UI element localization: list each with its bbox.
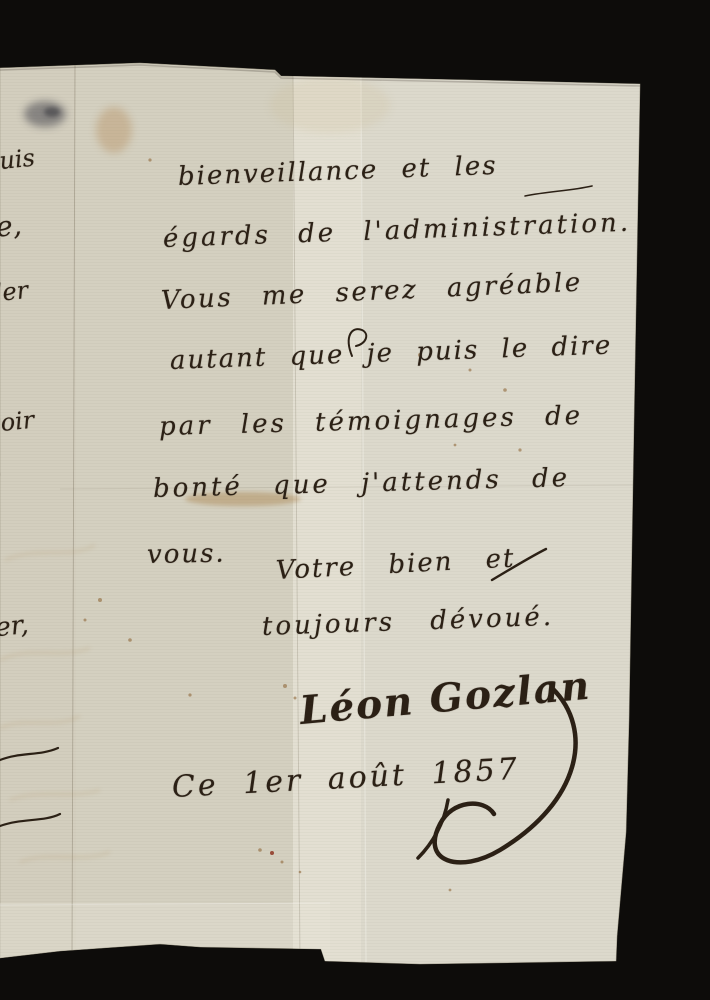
brown-stain-top [96, 107, 132, 153]
letter-paper [0, 0, 710, 1000]
handwritten-line: vous. [147, 539, 226, 570]
paper-texture [0, 50, 710, 980]
left-page-fragment: voir [0, 406, 35, 439]
red-speck [270, 851, 274, 855]
gray-smudge-core [44, 107, 60, 117]
photograph: bienveillance et les égards de l'adminis… [0, 0, 710, 1000]
left-page-fragment: le, [0, 208, 23, 244]
warm-patch-top [270, 77, 390, 133]
left-page-fragment: suis [0, 144, 36, 177]
left-page-fragment: der [0, 276, 29, 308]
left-page-fragment: ier, [0, 610, 30, 644]
